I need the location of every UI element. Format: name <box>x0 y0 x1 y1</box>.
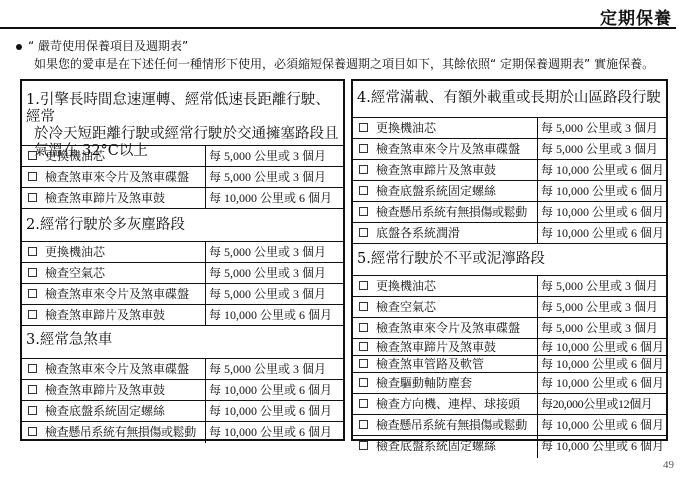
maintenance-interval: 每 5,000 公里或 3 個月 <box>538 118 666 138</box>
maintenance-interval: 每 5,000 公里或 3 個月 <box>538 276 666 296</box>
checkbox-icon[interactable] <box>359 378 368 387</box>
table-row: 檢查方向機、連桿、球接頭 每20,000公里或12個月 <box>353 394 666 415</box>
checkbox-icon[interactable] <box>359 123 368 132</box>
section-heading-3: 3.經常急煞車 <box>22 326 343 359</box>
maintenance-interval: 每 10,000 公里或 6 個月 <box>538 223 666 243</box>
checkbox-icon[interactable] <box>28 406 37 415</box>
table-row: 檢查底盤系統固定螺絲 每 10,000 公里或 6 個月 <box>22 401 343 422</box>
checkbox-icon[interactable] <box>359 302 368 311</box>
checkbox-icon[interactable] <box>359 186 368 195</box>
item-label: 檢查煞車蹄片及煞車鼓 <box>45 308 165 322</box>
checkbox-icon[interactable] <box>359 228 368 237</box>
item-label: 檢查煞車來令片及煞車碟盤 <box>376 142 520 156</box>
checkbox-icon[interactable] <box>28 247 37 256</box>
item-label: 更換機油芯 <box>376 279 436 293</box>
maintenance-item: 檢查煞車來令片及煞車碟盤 <box>22 167 206 187</box>
checkbox-icon[interactable] <box>359 441 368 450</box>
checkbox-icon[interactable] <box>359 399 368 408</box>
checkbox-icon[interactable] <box>359 165 368 174</box>
bullet-title-text: “ 嚴苛使用保養項目及週期表” <box>28 39 188 53</box>
section-heading-1: 1.引擎長時間怠速運轉、經常低速長距離行駛、經常 於冷天短距離行駛或經常行駛於交… <box>22 81 343 146</box>
checkbox-icon[interactable] <box>28 427 37 436</box>
checkbox-icon[interactable] <box>28 289 37 298</box>
maintenance-item: 更換機油芯 <box>22 242 206 262</box>
section-heading-1-line-1: 1.引擎長時間怠速運轉、經常低速長距離行駛、經常 <box>26 92 339 126</box>
table-row: 檢查懸吊系統有無損傷或鬆動 每 10,000 公里或 6 個月 <box>353 202 666 223</box>
maintenance-interval: 每20,000公里或12個月 <box>538 394 666 414</box>
maintenance-interval: 每 5,000 公里或 3 個月 <box>206 146 343 166</box>
maintenance-item: 更換機油芯 <box>353 276 538 296</box>
maintenance-item: 檢查煞車蹄片及煞車鼓 <box>353 160 538 180</box>
maintenance-item: 檢查煞車來令片及煞車碟盤 <box>353 318 538 338</box>
maintenance-item: 檢查煞車管路及軟管 <box>353 356 538 372</box>
checkbox-icon[interactable] <box>359 323 368 332</box>
item-label: 檢查煞車蹄片及煞車鼓 <box>376 340 496 354</box>
table-row: 檢查煞車蹄片及煞車鼓 每 10,000 公里或 6 個月 <box>22 305 343 326</box>
table-row: 檢查空氣芯 每 5,000 公里或 3 個月 <box>22 263 343 284</box>
maintenance-interval: 每 10,000 公里或 6 個月 <box>206 422 343 443</box>
left-maintenance-panel: 1.引擎長時間怠速運轉、經常低速長距離行駛、經常 於冷天短距離行駛或經常行駛於交… <box>20 79 345 441</box>
bullet-icon <box>16 44 22 50</box>
intro-paragraph: 如果您的愛車是在下述任何一種情形下使用，必須縮短保養週期之項目如下，其餘依照“ … <box>34 55 654 72</box>
maintenance-interval: 每 10,000 公里或 6 個月 <box>538 436 666 458</box>
maintenance-interval: 每 10,000 公里或 6 個月 <box>538 339 666 355</box>
maintenance-interval: 每 10,000 公里或 6 個月 <box>206 380 343 400</box>
maintenance-interval: 每 5,000 公里或 3 個月 <box>538 297 666 317</box>
item-label: 檢查懸吊系統有無損傷或鬆動 <box>45 425 196 439</box>
checkbox-icon[interactable] <box>28 310 37 319</box>
maintenance-item: 檢查底盤系統固定螺絲 <box>353 436 538 458</box>
checkbox-icon[interactable] <box>28 385 37 394</box>
checkbox-icon[interactable] <box>28 268 37 277</box>
maintenance-interval: 每 10,000 公里或 6 個月 <box>538 202 666 222</box>
maintenance-item: 更換機油芯 <box>353 118 538 138</box>
maintenance-interval: 每 5,000 公里或 3 個月 <box>206 242 343 262</box>
page-number: 49 <box>663 459 674 471</box>
item-label: 更換機油芯 <box>376 121 436 135</box>
item-label: 檢查空氣芯 <box>376 300 436 314</box>
checkbox-icon[interactable] <box>359 207 368 216</box>
item-label: 檢查煞車管路及軟管 <box>376 357 484 371</box>
item-label: 更換機油芯 <box>45 149 105 163</box>
maintenance-item: 檢查煞車蹄片及煞車鼓 <box>353 339 538 355</box>
table-row: 檢查煞車來令片及煞車碟盤 每 5,000 公里或 3 個月 <box>22 167 343 188</box>
maintenance-interval: 每 5,000 公里或 3 個月 <box>206 284 343 304</box>
maintenance-item: 檢查空氣芯 <box>22 263 206 283</box>
table-row: 檢查空氣芯 每 5,000 公里或 3 個月 <box>353 297 666 318</box>
table-row: 底盤各系統潤滑 每 10,000 公里或 6 個月 <box>353 223 666 244</box>
item-label: 檢查煞車來令片及煞車碟盤 <box>45 170 189 184</box>
maintenance-item: 檢查方向機、連桿、球接頭 <box>353 394 538 414</box>
table-row: 檢查底盤系統固定螺絲 每 10,000 公里或 6 個月 <box>353 181 666 202</box>
page-header-title: 定期保養 <box>600 4 672 29</box>
maintenance-item: 更換機油芯 <box>22 146 206 166</box>
maintenance-interval: 每 5,000 公里或 3 個月 <box>206 263 343 283</box>
maintenance-item: 檢查懸吊系統有無損傷或鬆動 <box>22 422 206 443</box>
maintenance-interval: 每 10,000 公里或 6 個月 <box>538 356 666 372</box>
table-row: 更換機油芯 每 5,000 公里或 3 個月 <box>22 242 343 263</box>
item-label: 檢查驅動軸防塵套 <box>376 376 472 390</box>
item-label: 檢查煞車來令片及煞車碟盤 <box>45 287 189 301</box>
table-row: 檢查懸吊系統有無損傷或鬆動 每 10,000 公里或 6 個月 <box>22 422 343 443</box>
table-row: 檢查煞車來令片及煞車碟盤 每 5,000 公里或 3 個月 <box>353 318 666 339</box>
table-row: 更換機油芯 每 5,000 公里或 3 個月 <box>353 276 666 297</box>
item-label: 檢查煞車來令片及煞車碟盤 <box>45 362 189 376</box>
table-row: 檢查煞車蹄片及煞車鼓 每 10,000 公里或 6 個月 <box>22 188 343 209</box>
item-label: 檢查空氣芯 <box>45 266 105 280</box>
checkbox-icon[interactable] <box>28 364 37 373</box>
section-heading-1-line-2: 於冷天短距離行駛或經常行駛於交通擁塞路段且 <box>26 126 339 143</box>
maintenance-item: 檢查煞車蹄片及煞車鼓 <box>22 380 206 400</box>
right-maintenance-panel: 4.經常滿載、有額外載重或長期於山區路段行駛 更換機油芯 每 5,000 公里或… <box>351 79 668 441</box>
section-heading-5: 5.經常行駛於不平或泥濘路段 <box>353 244 666 276</box>
maintenance-item: 檢查驅動軸防塵套 <box>353 373 538 393</box>
maintenance-item: 檢查空氣芯 <box>353 297 538 317</box>
item-label: 底盤各系統潤滑 <box>376 226 460 240</box>
maintenance-item: 檢查煞車蹄片及煞車鼓 <box>22 305 206 325</box>
checkbox-icon[interactable] <box>28 172 37 181</box>
section-heading-2: 2.經常行駛於多灰塵路段 <box>22 209 343 242</box>
item-label: 更換機油芯 <box>45 245 105 259</box>
table-row: 更換機油芯 每 5,000 公里或 3 個月 <box>22 146 343 167</box>
item-label: 檢查懸吊系統有無損傷或鬆動 <box>376 205 527 219</box>
table-row: 檢查煞車蹄片及煞車鼓 每 10,000 公里或 6 個月 <box>22 380 343 401</box>
item-label: 檢查底盤系統固定螺絲 <box>376 184 496 198</box>
maintenance-item: 檢查懸吊系統有無損傷或鬆動 <box>353 415 538 435</box>
checkbox-icon[interactable] <box>28 193 37 202</box>
table-row: 檢查煞車來令片及煞車碟盤 每 5,000 公里或 3 個月 <box>353 139 666 160</box>
maintenance-interval: 每 10,000 公里或 6 個月 <box>538 181 666 201</box>
maintenance-item: 檢查煞車來令片及煞車碟盤 <box>353 139 538 159</box>
item-label: 檢查煞車來令片及煞車碟盤 <box>376 321 520 335</box>
item-label: 檢查懸吊系統有無損傷或鬆動 <box>376 418 527 432</box>
maintenance-interval: 每 10,000 公里或 6 個月 <box>538 160 666 180</box>
maintenance-item: 檢查煞車來令片及煞車碟盤 <box>22 359 206 379</box>
section-heading-4: 4.經常滿載、有額外載重或長期於山區路段行駛 <box>353 81 666 118</box>
maintenance-item: 檢查底盤系統固定螺絲 <box>353 181 538 201</box>
checkbox-icon[interactable] <box>359 420 368 429</box>
table-row: 檢查驅動軸防塵套 每 10,000 公里或 6 個月 <box>353 373 666 394</box>
maintenance-interval: 每 5,000 公里或 3 個月 <box>206 167 343 187</box>
table-row: 檢查煞車來令片及煞車碟盤 每 5,000 公里或 3 個月 <box>22 284 343 305</box>
table-row: 檢查煞車來令片及煞車碟盤 每 5,000 公里或 3 個月 <box>22 359 343 380</box>
maintenance-interval: 每 10,000 公里或 6 個月 <box>206 401 343 421</box>
checkbox-icon[interactable] <box>28 151 37 160</box>
item-label: 檢查煞車蹄片及煞車鼓 <box>376 163 496 177</box>
maintenance-interval: 每 10,000 公里或 6 個月 <box>206 305 343 325</box>
maintenance-item: 檢查煞車蹄片及煞車鼓 <box>22 188 206 208</box>
maintenance-interval: 每 10,000 公里或 6 個月 <box>206 188 343 208</box>
table-row: 檢查懸吊系統有無損傷或鬆動 每 10,000 公里或 6 個月 <box>353 415 666 436</box>
maintenance-item: 檢查懸吊系統有無損傷或鬆動 <box>353 202 538 222</box>
table-row: 檢查煞車管路及軟管 每 10,000 公里或 6 個月 <box>353 356 666 373</box>
table-row: 檢查煞車蹄片及煞車鼓 每 10,000 公里或 6 個月 <box>353 339 666 356</box>
item-label: 檢查煞車蹄片及煞車鼓 <box>45 191 165 205</box>
checkbox-icon[interactable] <box>359 144 368 153</box>
item-label: 檢查方向機、連桿、球接頭 <box>376 397 520 411</box>
item-label: 檢查底盤系統固定螺絲 <box>45 404 165 418</box>
maintenance-interval: 每 5,000 公里或 3 個月 <box>206 359 343 379</box>
maintenance-interval: 每 10,000 公里或 6 個月 <box>538 373 666 393</box>
maintenance-item: 檢查煞車來令片及煞車碟盤 <box>22 284 206 304</box>
checkbox-icon[interactable] <box>359 342 368 351</box>
maintenance-interval: 每 5,000 公里或 3 個月 <box>538 139 666 159</box>
item-label: 檢查底盤系統固定螺絲 <box>376 439 496 453</box>
checkbox-icon[interactable] <box>359 281 368 290</box>
checkbox-icon[interactable] <box>359 359 368 368</box>
maintenance-interval: 每 10,000 公里或 6 個月 <box>538 415 666 435</box>
item-label: 檢查煞車蹄片及煞車鼓 <box>45 383 165 397</box>
table-row: 檢查底盤系統固定螺絲 每 10,000 公里或 6 個月 <box>353 436 666 458</box>
section-bullet-title: “ 嚴苛使用保養項目及週期表” <box>16 37 188 54</box>
maintenance-item: 底盤各系統潤滑 <box>353 223 538 243</box>
maintenance-item: 檢查底盤系統固定螺絲 <box>22 401 206 421</box>
maintenance-interval: 每 5,000 公里或 3 個月 <box>538 318 666 338</box>
table-row: 檢查煞車蹄片及煞車鼓 每 10,000 公里或 6 個月 <box>353 160 666 181</box>
table-row: 更換機油芯 每 5,000 公里或 3 個月 <box>353 118 666 139</box>
header-divider <box>0 27 676 29</box>
